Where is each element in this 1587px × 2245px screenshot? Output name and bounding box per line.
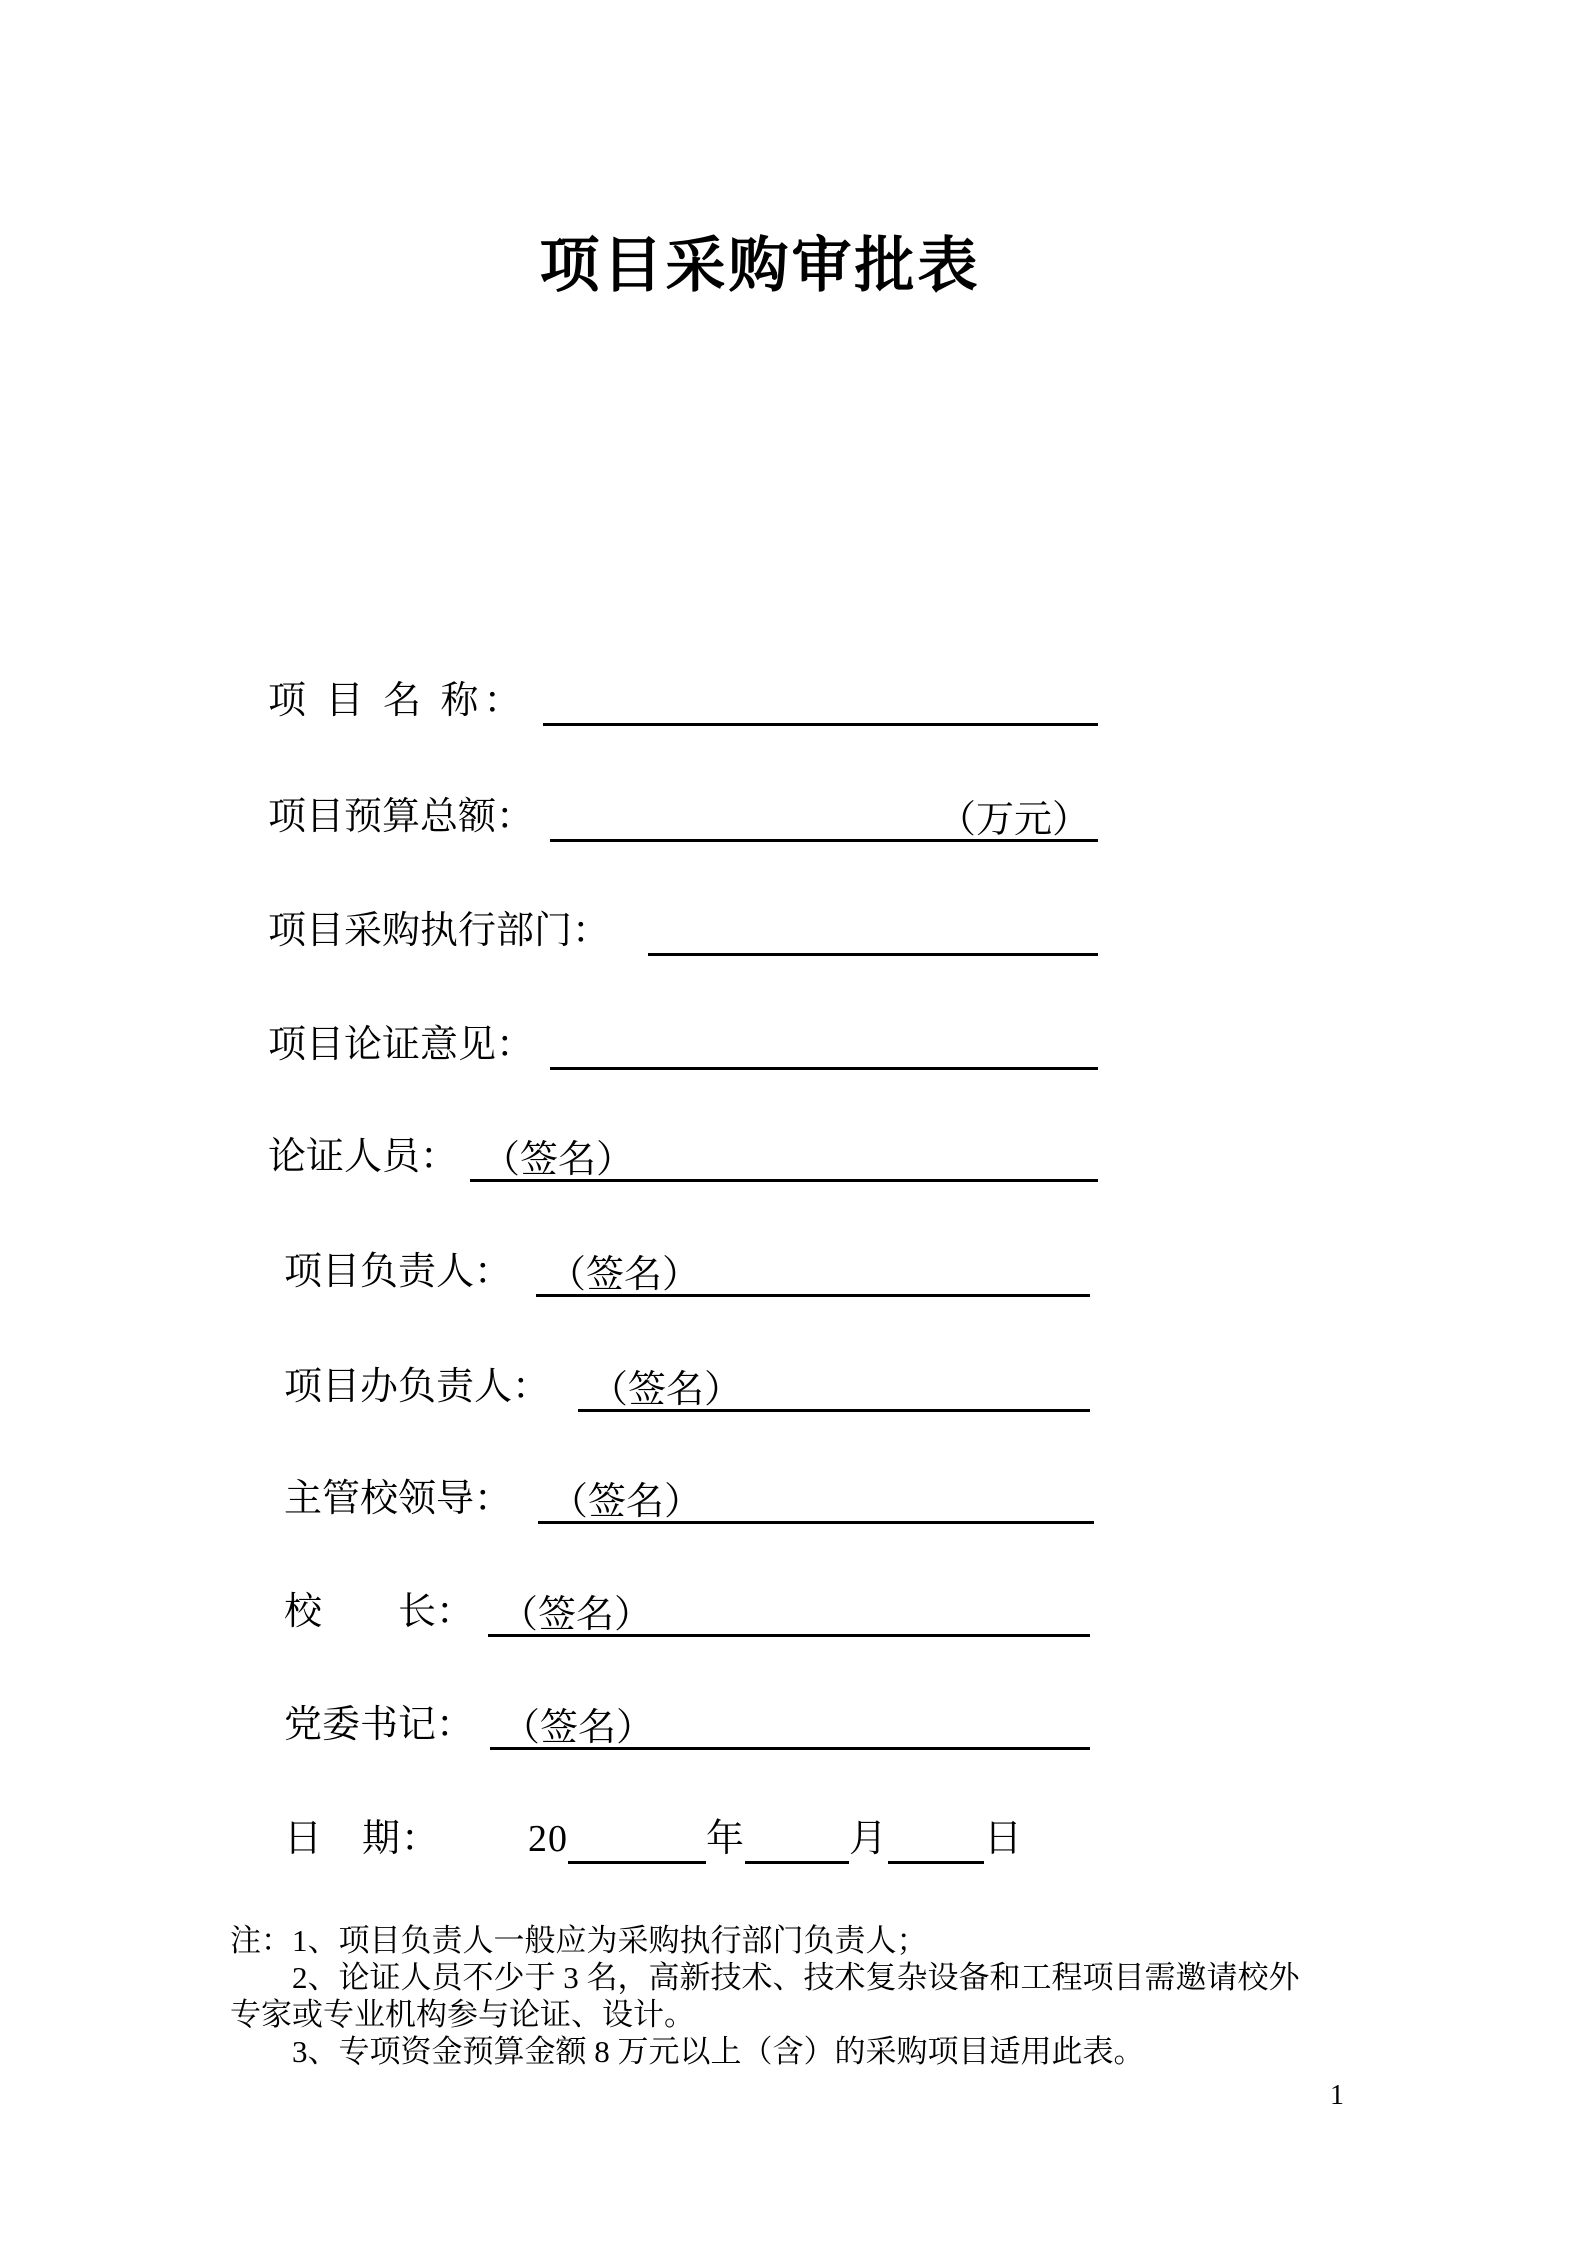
party-secretary-signature-line[interactable]: （签名） (490, 1697, 1090, 1750)
form-row-project-name: 项 目 名 称： (268, 672, 1098, 726)
form-row-review-personnel: 论证人员： （签名） (268, 1128, 1098, 1182)
page-number: 1 (1330, 2080, 1344, 2112)
date-label: 日 期： (284, 1814, 440, 1864)
form-row-budget-total: 项目预算总额： （万元） (268, 788, 1098, 842)
supervising-leader-label: 主管校领导： (284, 1474, 512, 1524)
project-name-label: 项 目 名 称： (268, 676, 527, 726)
day-unit-label: 日 (984, 1814, 1023, 1864)
party-secretary-label: 党委书记： (284, 1700, 474, 1750)
review-personnel-label: 论证人员： (268, 1132, 458, 1182)
review-opinion-label: 项目论证意见： (268, 1020, 534, 1070)
form-row-party-secretary: 党委书记： （签名） (284, 1696, 1090, 1750)
month-unit-label: 月 (849, 1814, 888, 1864)
month-input-line[interactable] (745, 1817, 849, 1864)
supervising-leader-signature-line[interactable]: （签名） (538, 1471, 1094, 1524)
project-leader-label: 项目负责人： (284, 1247, 512, 1297)
executing-department-label: 项目采购执行部门： (268, 906, 610, 956)
form-row-date: 日 期： 20 年 月 日 (284, 1810, 1094, 1864)
form-row-president: 校 长： （签名） (284, 1583, 1090, 1637)
review-opinion-input-line[interactable] (550, 1017, 1098, 1070)
project-leader-signature-line[interactable]: （签名） (536, 1244, 1090, 1297)
form-row-supervising-leader: 主管校领导： （签名） (284, 1470, 1094, 1524)
day-input-line[interactable] (888, 1817, 984, 1864)
footnote-line-2: 2、论证人员不少于 3 名，高新技术、技术复杂设备和工程项目需邀请校外 (230, 1959, 1370, 1996)
president-label: 校 长： (284, 1587, 474, 1637)
signature-hint: （签名） (502, 1703, 654, 1753)
project-office-leader-label: 项目办负责人： (284, 1362, 550, 1412)
form-row-executing-department: 项目采购执行部门： (268, 902, 1098, 956)
project-office-leader-signature-line[interactable]: （签名） (578, 1359, 1090, 1412)
footnote-line-4: 3、专项资金预算金额 8 万元以上（含）的采购项目适用此表。 (230, 2033, 1370, 2070)
year-unit-label: 年 (706, 1814, 745, 1864)
budget-total-label: 项目预算总额： (268, 792, 534, 842)
date-century-prefix: 20 (528, 1814, 568, 1864)
signature-hint: （签名） (550, 1477, 702, 1527)
signature-hint: （签名） (548, 1250, 700, 1300)
signature-hint: （签名） (500, 1590, 652, 1640)
president-signature-line[interactable]: （签名） (488, 1584, 1090, 1637)
form-row-project-leader: 项目负责人： （签名） (284, 1243, 1090, 1297)
form-row-project-office-leader: 项目办负责人： （签名） (284, 1358, 1090, 1412)
signature-hint: （签名） (482, 1135, 634, 1185)
budget-unit-suffix: （万元） (938, 795, 1090, 845)
year-input-line[interactable] (568, 1817, 706, 1864)
signature-hint: （签名） (590, 1365, 742, 1415)
form-row-review-opinion: 项目论证意见： (268, 1016, 1098, 1070)
footnote-line-3: 专家或专业机构参与论证、设计。 (230, 1996, 1370, 2033)
executing-department-input-line[interactable] (648, 903, 1098, 956)
footnote-line-1: 注：1、项目负责人一般应为采购执行部门负责人； (230, 1922, 1370, 1959)
review-personnel-signature-line[interactable]: （签名） (470, 1129, 1098, 1182)
project-name-input-line[interactable] (543, 673, 1098, 726)
budget-total-input-line[interactable]: （万元） (550, 789, 1098, 842)
footnotes: 注：1、项目负责人一般应为采购执行部门负责人； 2、论证人员不少于 3 名，高新… (230, 1922, 1370, 2070)
page-title: 项目采购审批表 (0, 218, 1520, 304)
document-page: 项目采购审批表 项 目 名 称： 项目预算总额： （万元） 项目采购执行部门： … (0, 0, 1587, 2245)
